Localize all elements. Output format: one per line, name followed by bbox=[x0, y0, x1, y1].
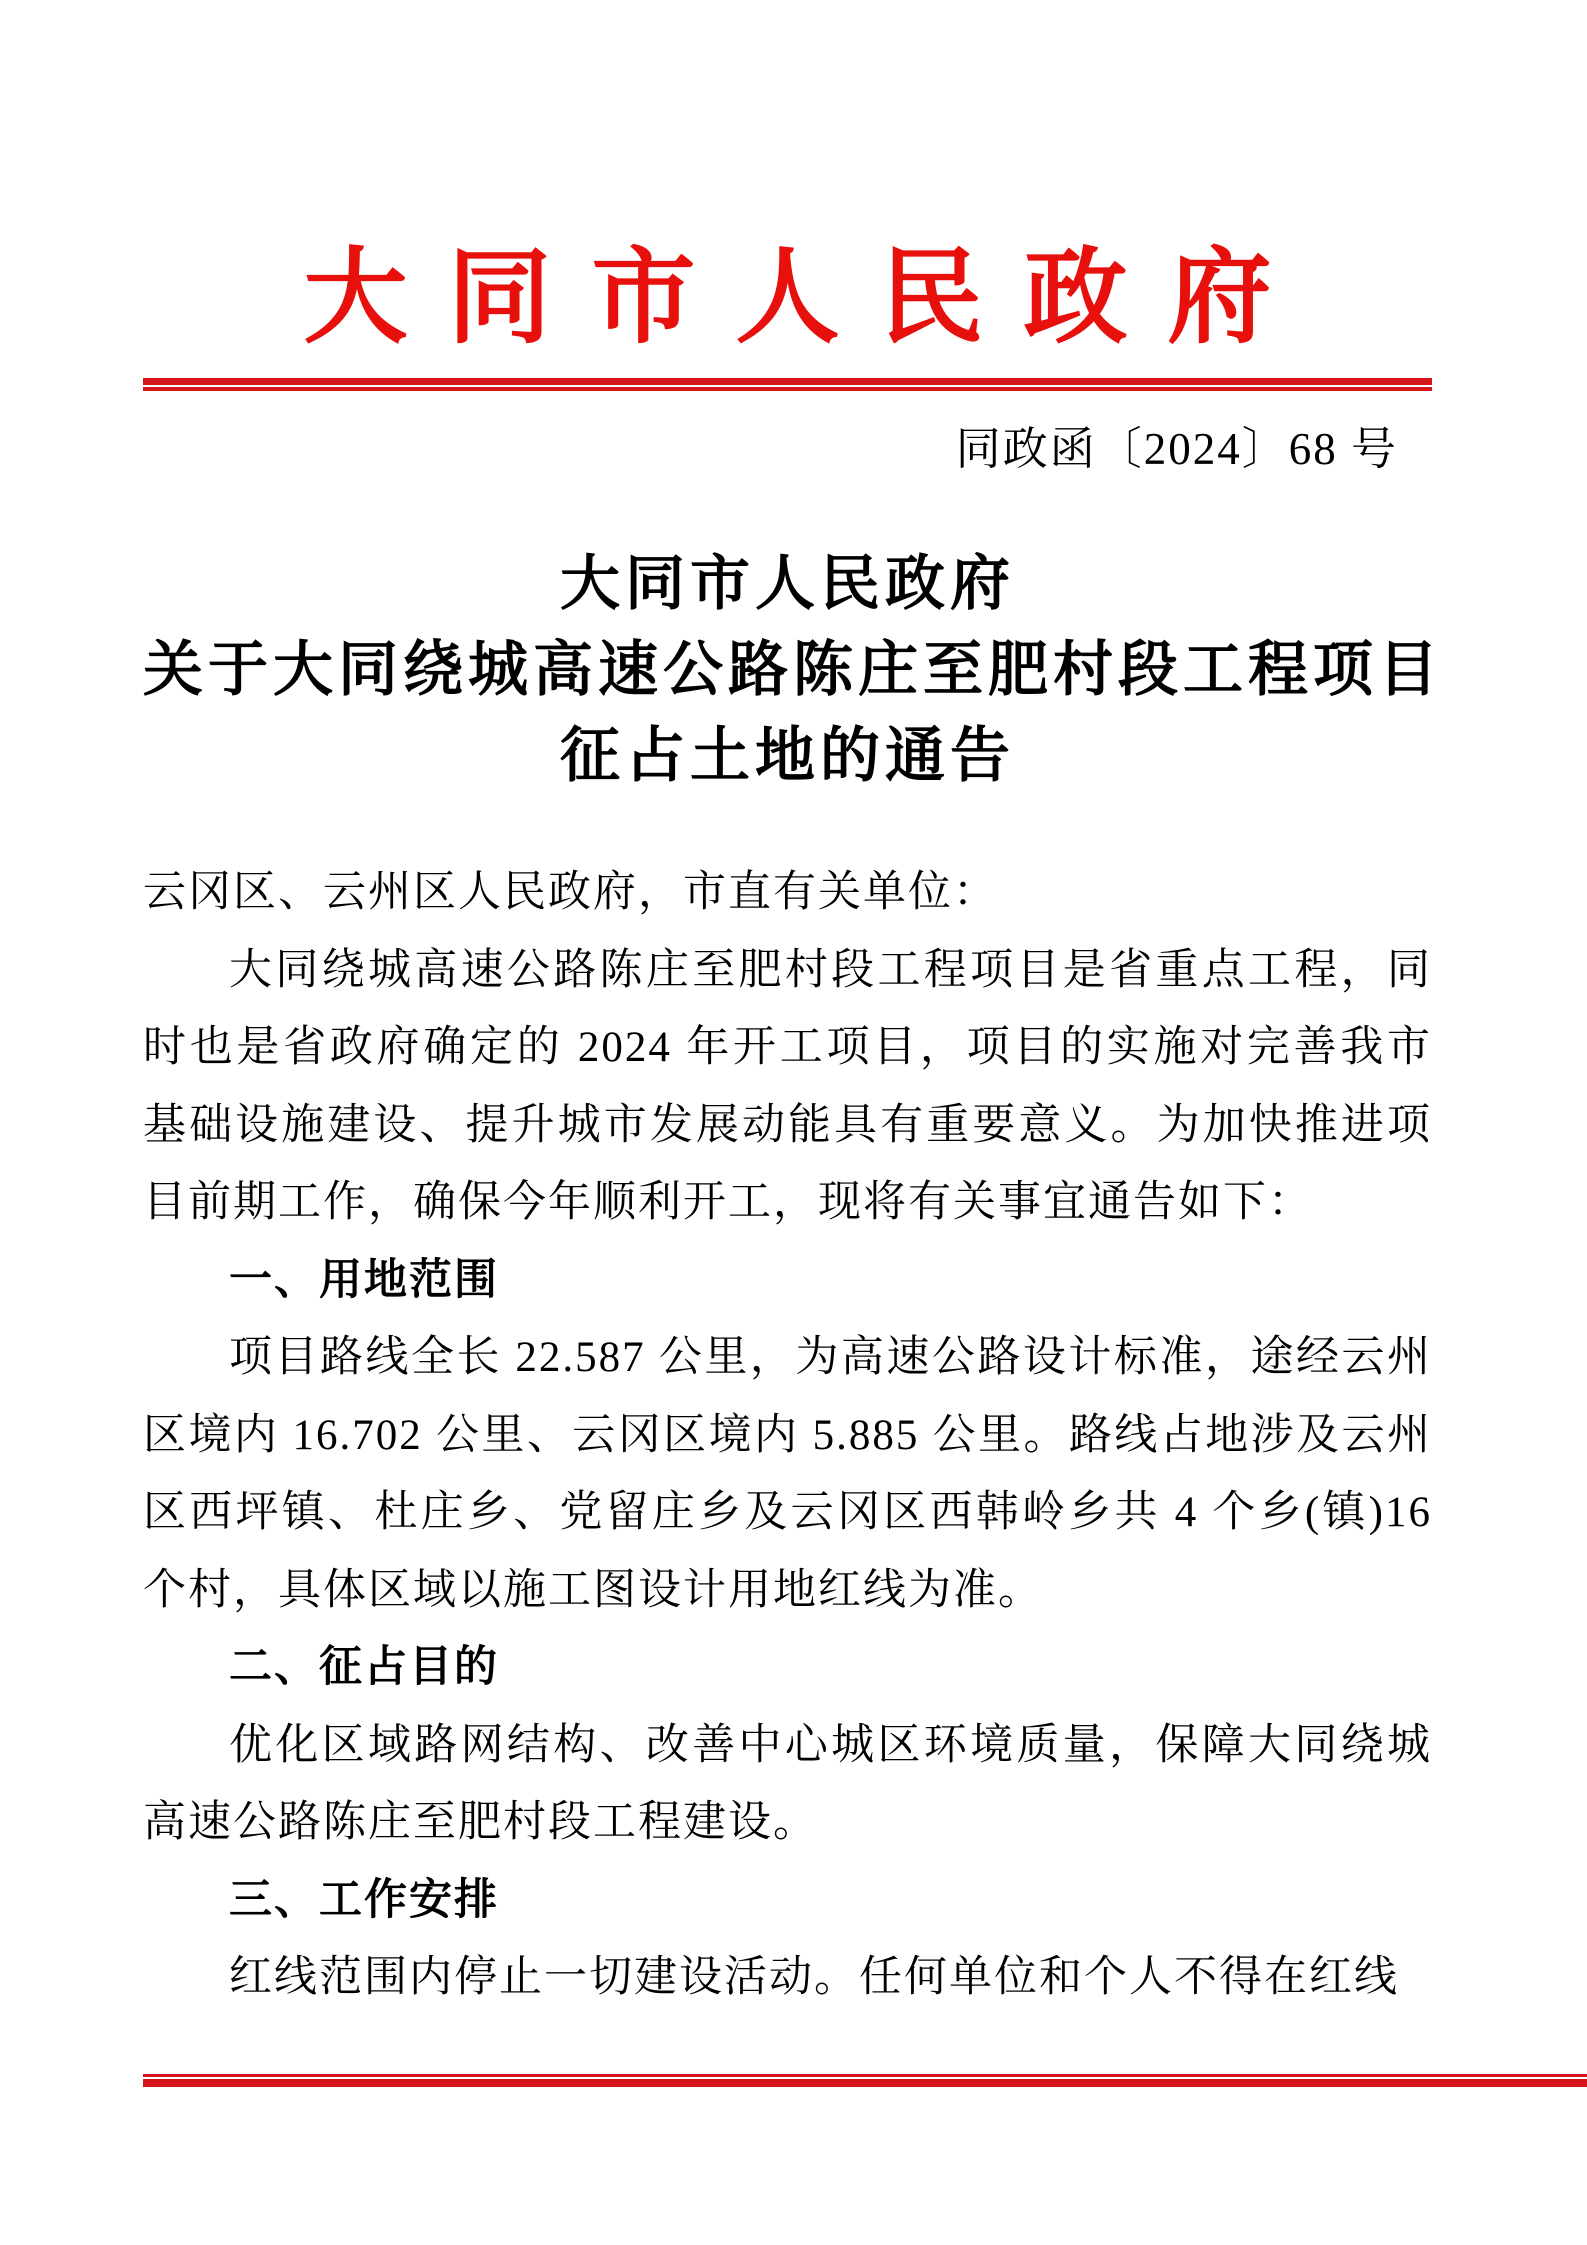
section-3-paragraph: 红线范围内停止一切建设活动。任何单位和个人不得在红线 bbox=[143, 1939, 1432, 2017]
document-title: 大同市人民政府 关于大同绕城高速公路陈庄至肥村段工程项目 征占土地的通告 bbox=[143, 541, 1432, 799]
document-page: 大同市人民政府 同政函〔2024〕68 号 大同市人民政府 关于大同绕城高速公路… bbox=[0, 0, 1587, 2245]
title-line-2: 关于大同绕城高速公路陈庄至肥村段工程项目 bbox=[143, 627, 1432, 713]
section-2-paragraph: 优化区域路网结构、改善中心城区环境质量，保障大同绕城高速公路陈庄至肥村段工程建设… bbox=[143, 1707, 1432, 1862]
salutation-line: 云冈区、云州区人民政府，市直有关单位： bbox=[143, 854, 1432, 932]
section-1-paragraph: 项目路线全长 22.587 公里，为高速公路设计标准，途经云州区境内 16.70… bbox=[143, 1319, 1432, 1629]
section-2-heading: 二、征占目的 bbox=[143, 1629, 1432, 1707]
document-body: 云冈区、云州区人民政府，市直有关单位： 大同绕城高速公路陈庄至肥村段工程项目是省… bbox=[143, 854, 1432, 2017]
letterhead-agency-title: 大同市人民政府 bbox=[143, 244, 1432, 354]
section-1-heading: 一、用地范围 bbox=[143, 1242, 1432, 1320]
footer-red-rule bbox=[143, 2074, 1587, 2087]
intro-paragraph: 大同绕城高速公路陈庄至肥村段工程项目是省重点工程，同时也是省政府确定的 2024… bbox=[143, 932, 1432, 1242]
document-number: 同政函〔2024〕68 号 bbox=[143, 419, 1432, 479]
letterhead-red-rule bbox=[143, 378, 1432, 391]
section-3-heading: 三、工作安排 bbox=[143, 1862, 1432, 1940]
title-line-1: 大同市人民政府 bbox=[143, 541, 1432, 627]
document-content: 大同市人民政府 同政函〔2024〕68 号 大同市人民政府 关于大同绕城高速公路… bbox=[143, 244, 1432, 2017]
title-line-3: 征占土地的通告 bbox=[143, 713, 1432, 799]
